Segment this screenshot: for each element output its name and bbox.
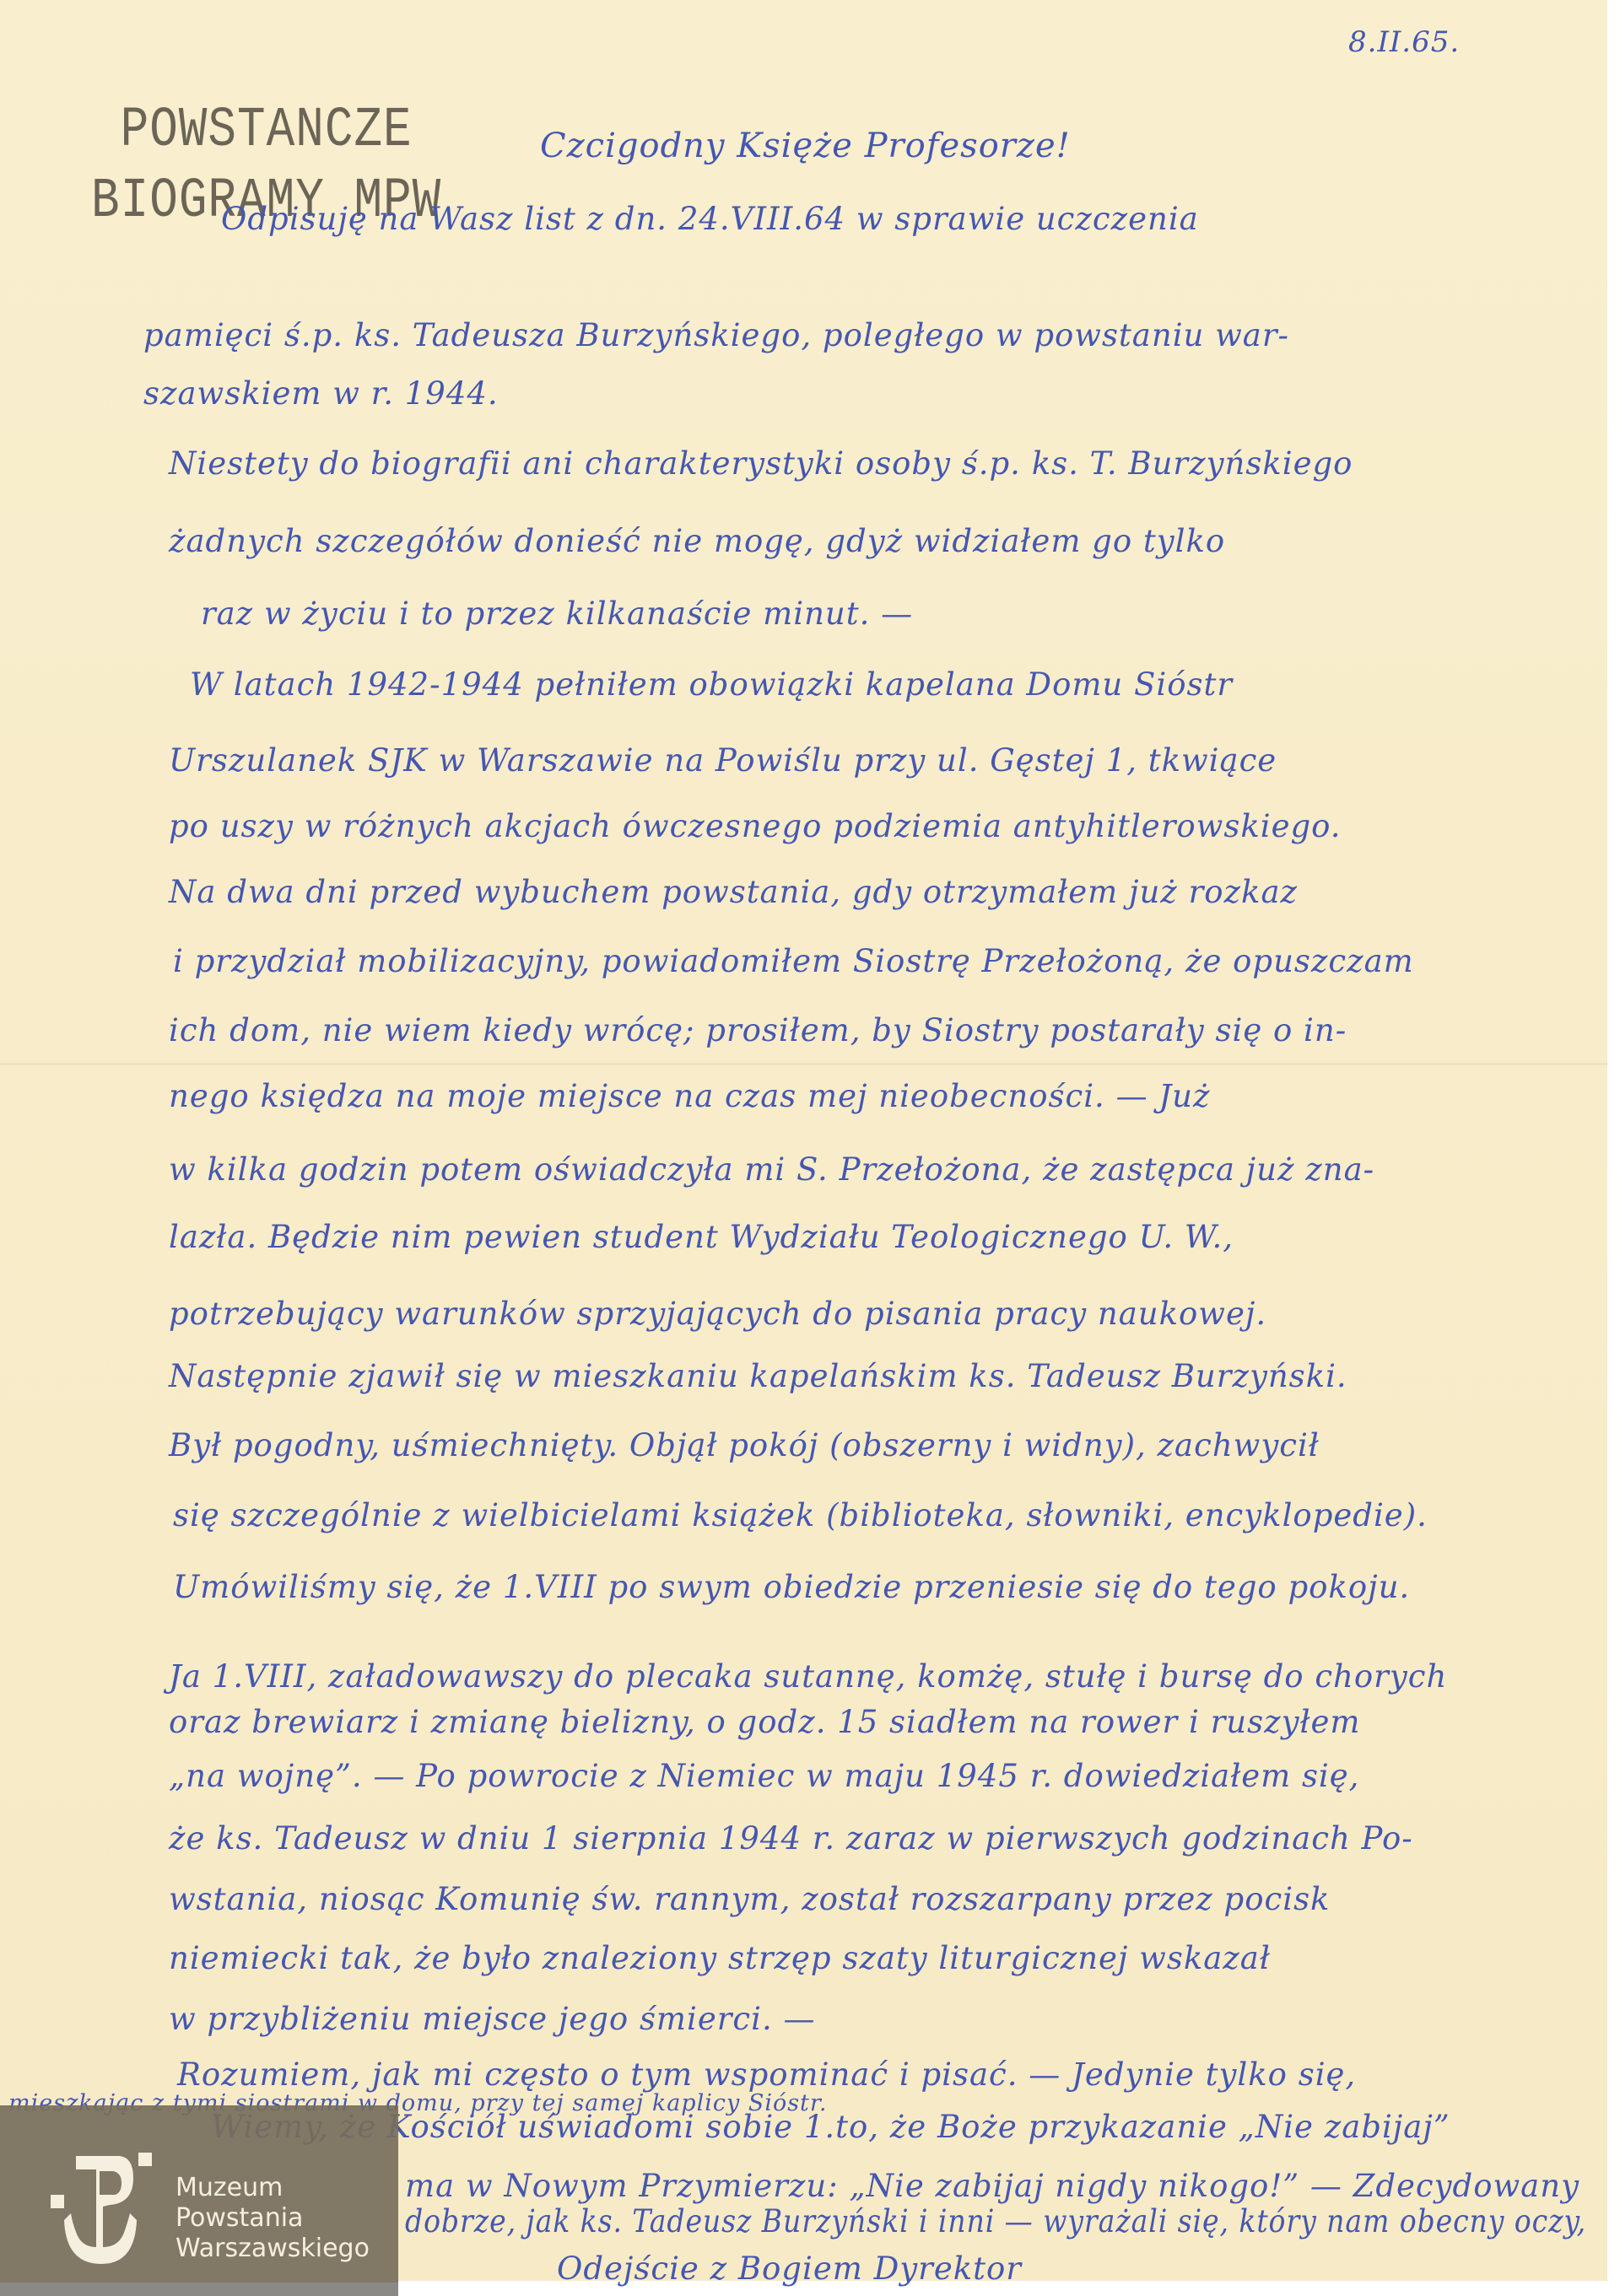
letter-line: ich dom, nie wiem kiedy wrócę; prosiłem,… [169, 1012, 1347, 1048]
letter-line: w kilka godzin potem oświadczyła mi S. P… [169, 1151, 1374, 1188]
letter-line: lazła. Będzie nim pewien student Wydział… [169, 1219, 1234, 1255]
letter-line: Odpisuję na Wasz list z dn. 24.VIII.64 w… [221, 201, 1199, 237]
museum-watermark: Muzeum Powstania Warszawskiego [0, 2105, 398, 2296]
letter-line: Następnie zjawił się w mieszkaniu kapela… [169, 1358, 1347, 1394]
letter-line: niemiecki tak, że było znaleziony strzęp… [169, 1940, 1271, 1976]
letter-line: pamięci ś.p. ks. Tadeusza Burzyńskiego, … [143, 317, 1289, 353]
letter-line: dobrze, jak ks. Tadeusz Burzyński i inni… [405, 2203, 1586, 2239]
letter-line: Urszulanek SJK w Warszawie na Powiślu pr… [169, 742, 1277, 779]
letter-line: ma w Nowym Przymierzu: „Nie zabijaj nigd… [405, 2168, 1579, 2204]
salutation: Czcigodny Księże Profesorze! [540, 127, 1071, 165]
letter-line: i przydział mobilizacyjny, powiadomiłem … [173, 943, 1414, 979]
letter-line: że ks. Tadeusz w dniu 1 sierpnia 1944 r.… [169, 1820, 1413, 1857]
watermark-bottom-strip [0, 2283, 398, 2296]
letter-line: Był pogodny, uśmiechnięty. Objął pokój (… [169, 1427, 1320, 1463]
letter-line: żadnych szczegółów donieść nie mogę, gdy… [169, 523, 1225, 559]
stamp-line-1: POWSTANCZE [91, 94, 441, 165]
letter-date: 8.II.65. [1348, 25, 1460, 59]
letter-page: 8.II.65. POWSTANCZE BIOGRAMY MPW Czcigod… [0, 0, 1607, 2281]
letter-line: po uszy w różnych akcjach ówczesnego pod… [169, 808, 1342, 844]
letter-line: nego księdza na moje miejsce na czas mej… [169, 1078, 1211, 1114]
museum-name-line-1: Muzeum [175, 2173, 370, 2203]
letter-line: Ja 1.VIII, załadowawszy do plecaka sutan… [169, 1658, 1447, 1695]
signature: Odejście z Bogiem Dyrektor [557, 2250, 1022, 2287]
letter-line: Na dwa dni przed wybuchem powstania, gdy… [169, 874, 1298, 910]
letter-line: oraz brewiarz i zmianę bielizny, o godz.… [169, 1704, 1360, 1740]
letter-line: W latach 1942-1944 pełniłem obowiązki ka… [190, 666, 1233, 703]
letter-line: „na wojnę”. — Po powrocie z Niemiec w ma… [169, 1758, 1359, 1794]
museum-name-line-2: Powstania [175, 2203, 370, 2234]
letter-line: Umówiliśmy się, że 1.VIII po swym obiedz… [173, 1569, 1410, 1605]
letter-line: w przybliżeniu miejsce jego śmierci. — [169, 2001, 816, 2037]
letter-line: się szczególnie z wielbicielami książek … [173, 1497, 1428, 1533]
letter-line: Niestety do biografii ani charakterystyk… [169, 445, 1353, 482]
letter-line: raz w życiu i to przez kilkanaście minut… [201, 596, 913, 632]
letter-line: wstania, niosąc Komunię św. rannym, zost… [169, 1881, 1330, 1917]
letter-line: szawskiem w r. 1944. [143, 375, 499, 412]
letter-line: Rozumiem, jak mi często o tym wspominać … [177, 2056, 1356, 2093]
kotwica-anchor-icon [51, 2153, 152, 2264]
museum-name-line-3: Warszawskiego [175, 2234, 370, 2264]
letter-line: potrzebujący warunków sprzyjających do p… [169, 1296, 1266, 1332]
